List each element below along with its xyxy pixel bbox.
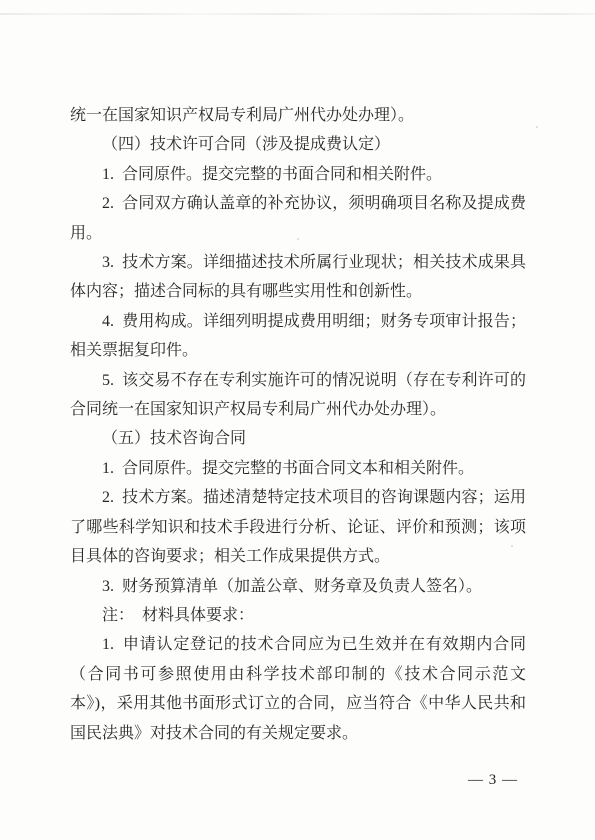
paragraph: （四）技术许可合同（涉及提成费认定） xyxy=(70,130,526,159)
paragraph: 1. 合同原件。提交完整的书面合同和相关附件。 xyxy=(70,160,526,189)
document-page: 统一在国家知识产权局专利局广州代办处办理）。（四）技术许可合同（涉及提成费认定）… xyxy=(0,0,595,840)
paragraph: 3. 财务预算清单（加盖公章、财务章及负责人签名）。 xyxy=(70,572,526,601)
paragraph: 2. 技术方案。描述清楚特定技术项目的咨询课题内容；运用了哪些科学知识和技术手段… xyxy=(70,483,526,571)
paragraph: 注： 材料具体要求： xyxy=(70,601,526,630)
paragraph: 5. 该交易不存在专利实施许可的情况说明（存在专利许可的合同统一在国家知识产权局… xyxy=(70,366,526,425)
paragraph: 统一在国家知识产权局专利局广州代办处办理）。 xyxy=(70,101,526,130)
paragraph: 1. 合同原件。提交完整的书面合同文本和相关附件。 xyxy=(70,454,526,483)
paragraph: 1. 申请认定登记的技术合同应为已生效并在有效期内合同（合同书可参照使用由科学技… xyxy=(70,630,526,748)
paragraph: 4. 费用构成。详细列明提成费用明细；财务专项审计报告；相关票据复印件。 xyxy=(70,307,526,366)
scan-speck xyxy=(536,126,538,128)
page-number: — 3 — xyxy=(468,770,518,790)
document-body: 统一在国家知识产权局专利局广州代办处办理）。（四）技术许可合同（涉及提成费认定）… xyxy=(70,101,526,748)
paragraph: （五）技术咨询合同 xyxy=(70,424,526,453)
scan-artifact-line xyxy=(0,13,595,15)
paragraph: 3. 技术方案。详细描述技术所属行业现状；相关技术成果具体内容；描述合同标的具有… xyxy=(70,248,526,307)
paragraph: 2. 合同双方确认盖章的补充协议，须明确项目名称及提成费用。 xyxy=(70,189,526,248)
